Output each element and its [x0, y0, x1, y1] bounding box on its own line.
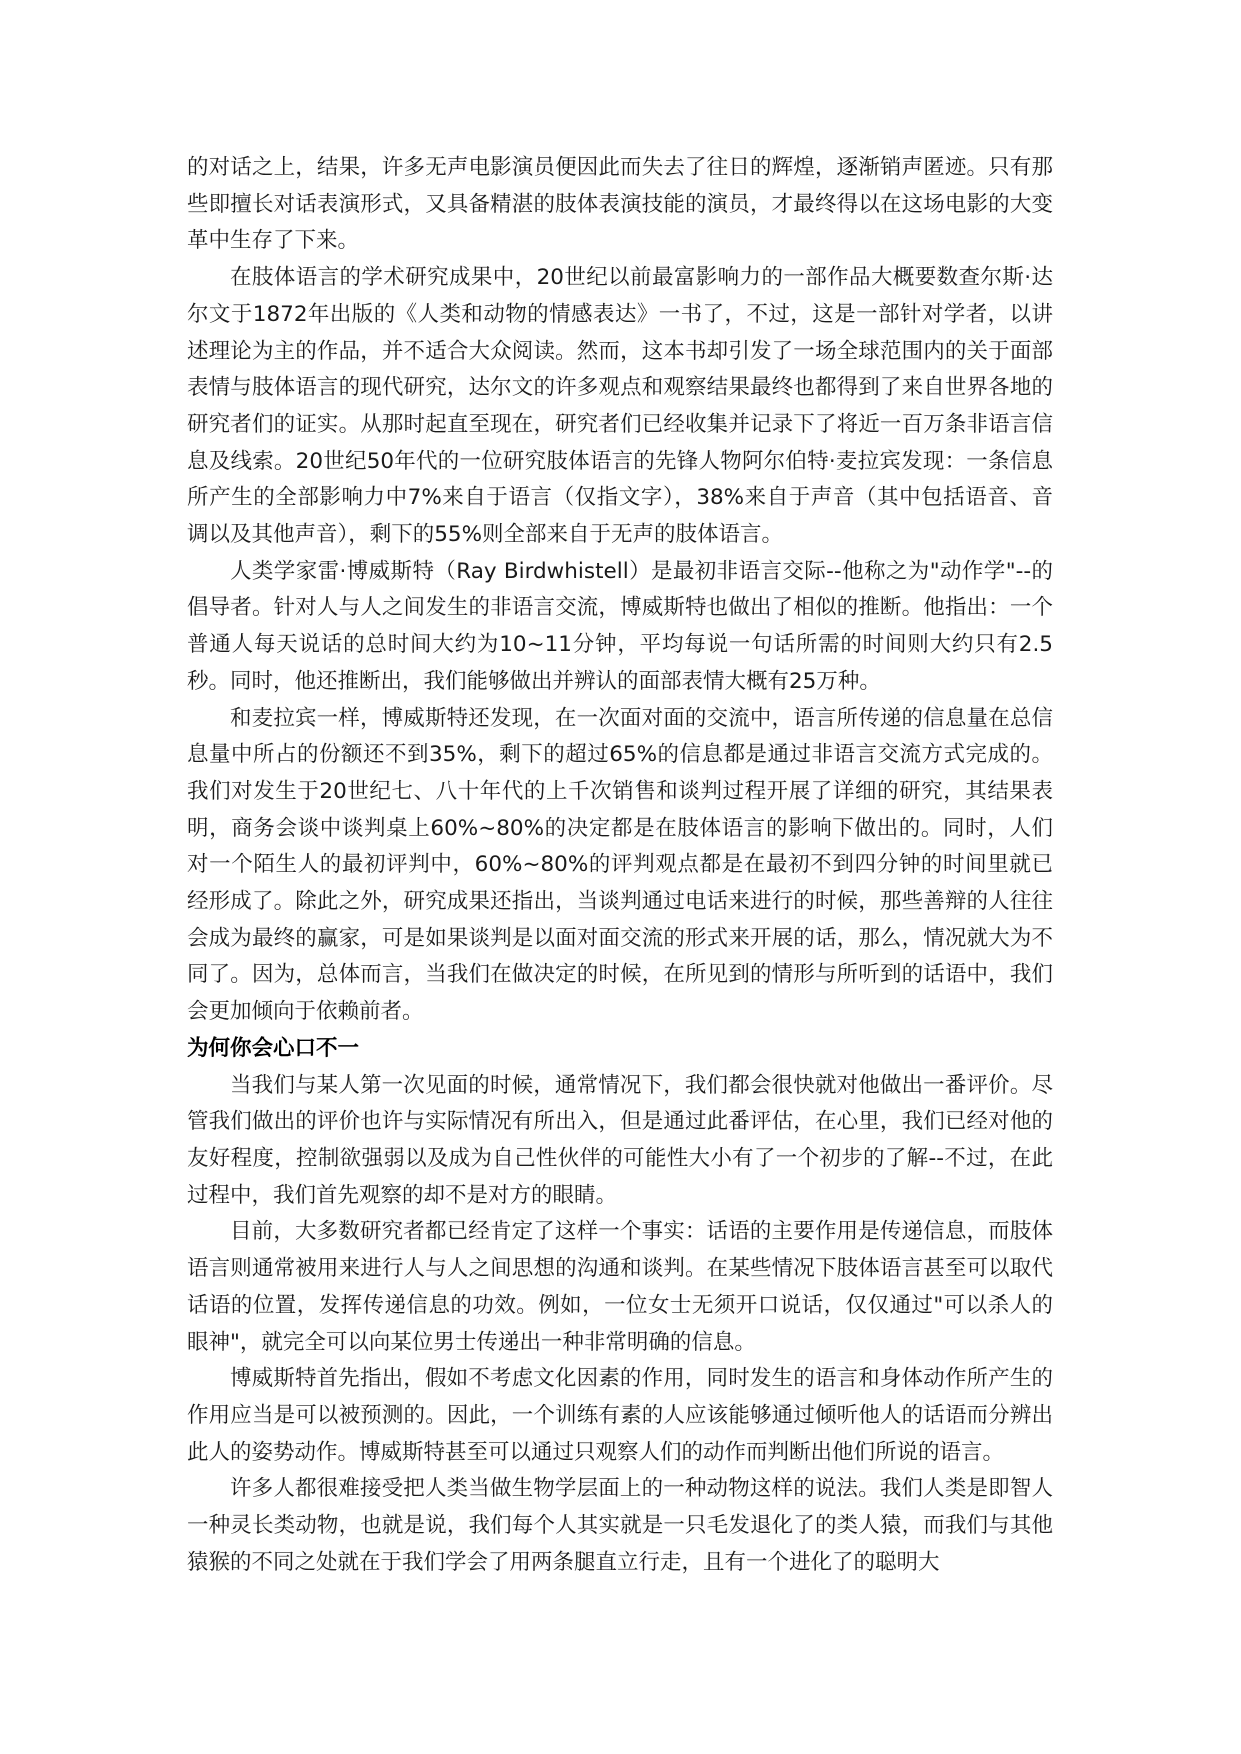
paragraph-humans-as-animals: 许多人都很难接受把人类当做生物学层面上的一种动物这样的说法。我们人类是即智人一种…: [187, 1471, 1053, 1581]
paragraph-negotiation-research: 和麦拉宾一样，博威斯特还发现，在一次面对面的交流中，语言所传递的信息量在总信息量…: [187, 701, 1053, 1031]
paragraph-predictable-gestures: 博威斯特首先指出，假如不考虑文化因素的作用，同时发生的语言和身体动作所产生的作用…: [187, 1361, 1053, 1471]
paragraph-birdwhistell: 人类学家雷·博威斯特（Ray Birdwhistell）是最初非语言交际--他称…: [187, 554, 1053, 701]
section-heading: 为何你会心口不一: [187, 1031, 1053, 1068]
paragraph-first-impression: 当我们与某人第一次见面的时候，通常情况下，我们都会很快就对他做出一番评价。尽管我…: [187, 1068, 1053, 1215]
paragraph-silent-film-actors: 的对话之上，结果，许多无声电影演员便因此而失去了往日的辉煌，逐渐销声匿迹。只有那…: [187, 150, 1053, 260]
paragraph-words-vs-body: 目前，大多数研究者都已经肯定了这样一个事实：话语的主要作用是传递信息，而肢体语言…: [187, 1214, 1053, 1361]
paragraph-darwin-research: 在肢体语言的学术研究成果中，20世纪以前最富影响力的一部作品大概要数查尔斯·达尔…: [187, 260, 1053, 554]
document-page: 的对话之上，结果，许多无声电影演员便因此而失去了往日的辉煌，逐渐销声匿迹。只有那…: [187, 150, 1053, 1581]
